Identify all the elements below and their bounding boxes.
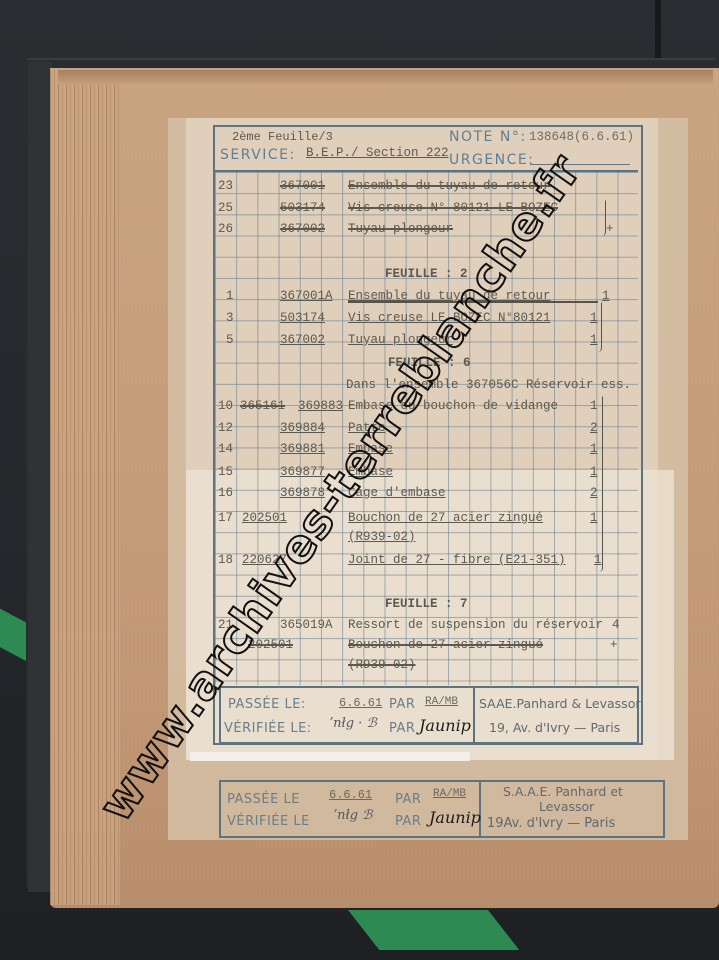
table-row-continued: (R939-02) xyxy=(218,658,638,678)
quantity: + xyxy=(606,222,614,236)
designation: Bouchon de 27 acier zingué xyxy=(348,511,543,525)
note-number: 138648(6.6.61) xyxy=(529,130,634,144)
verifiee-initials: ʼnłg · ℬ xyxy=(329,716,377,731)
verifiee-initials: ʼnłg ℬ xyxy=(333,808,372,823)
company-address: 19Av. d'Ivry — Paris xyxy=(487,816,615,831)
bracket xyxy=(597,396,603,572)
bracket xyxy=(596,302,602,352)
page-top-edge xyxy=(58,70,713,84)
part-ref: 367001A xyxy=(280,289,333,303)
table-row: 26 367002 Tuyau plongeur + xyxy=(218,222,638,242)
item-number: 26 xyxy=(218,222,233,236)
item-number: 1 xyxy=(226,289,234,303)
company-name: SAAE.Panhard & Levassor xyxy=(479,696,640,711)
par2-label: PAR xyxy=(389,721,415,736)
item-number: 5 xyxy=(226,333,234,347)
quantity: 4 xyxy=(612,618,620,632)
sheet-label: 2ème Feuille/3 xyxy=(232,130,333,144)
par-value: RA/MB xyxy=(433,788,466,800)
item-number: 14 xyxy=(218,442,233,456)
part-ref: 369884 xyxy=(280,421,325,435)
item-number: 12 xyxy=(218,421,233,435)
part-ref: 367001 xyxy=(280,179,325,193)
par-label: PAR xyxy=(395,792,421,807)
binder-seam xyxy=(655,0,661,64)
paper-strip xyxy=(190,752,470,761)
part-ref: 365019A xyxy=(280,618,333,632)
service-label: SERVICE: xyxy=(220,147,296,163)
table-row: 1 367001A Ensemble du tuyau de retour 1 xyxy=(218,289,638,309)
item-number: 25 xyxy=(218,201,233,215)
part-ref: 367002 xyxy=(280,333,325,347)
part-ref: 369883 xyxy=(298,399,343,413)
table-row: 21 365019A Ressort de suspension du rése… xyxy=(218,618,638,638)
table-row: 16 369878 Cage d'embase 2 xyxy=(218,486,638,506)
company-name: S.A.A.E. Panhard et xyxy=(503,784,623,799)
part-ref: 367002 xyxy=(280,222,325,236)
item-number: 23 xyxy=(218,179,233,193)
par-label: PAR xyxy=(389,697,415,712)
part-ref: 202501 xyxy=(242,511,287,525)
company-name-cont: Levassor xyxy=(539,799,594,814)
part-ref: 503174 xyxy=(280,201,325,215)
verifiee-label: VÉRIFIÉE LE: xyxy=(224,721,312,736)
section-title: FEUILLE : 7 xyxy=(385,597,468,611)
signature: Jaunip xyxy=(419,716,471,735)
item-number: 10 xyxy=(218,399,233,413)
table-row: 25 503174 Vis creuse N° 80121 LE BOZEC xyxy=(218,201,638,221)
table-row: 12 369884 Patte 2 xyxy=(218,421,638,441)
table-row-struck: 202501 Bouchon de 27 acier zingué + xyxy=(218,638,638,658)
company-address: 19, Av. d'Ivry — Paris xyxy=(489,720,620,735)
signature: Jaunip xyxy=(429,808,481,827)
approval-block: PASSÉE LE: 6.6.61 PAR RA/MB VÉRIFIÉE LE:… xyxy=(219,686,639,744)
item-number: 18 xyxy=(218,553,233,567)
urgence-label: URGENCE: xyxy=(449,152,534,168)
service-value: B.E.P./ Section 222 xyxy=(306,146,449,160)
designation: Bouchon de 27 acier zingué xyxy=(348,638,543,652)
table-row: 15 369877 Embase 1 xyxy=(218,465,638,485)
part-ref: 503174 xyxy=(280,311,325,325)
item-number: 17 xyxy=(218,511,233,525)
passee-label: PASSÉE LE xyxy=(227,792,300,807)
book-spine xyxy=(28,62,52,892)
par-value: RA/MB xyxy=(425,696,458,708)
designation: Tuyau plongeur xyxy=(348,222,453,236)
passee-date: 6.6.61 xyxy=(329,788,372,802)
bracket xyxy=(600,200,606,236)
designation-continued: (R939-02) xyxy=(348,530,416,544)
designation-continued: (R939-02) xyxy=(348,658,416,672)
footer-divider xyxy=(473,688,475,742)
table-row: 14 369881 Embase 1 xyxy=(218,442,638,462)
approval-block-lower: PASSÉE LE 6.6.61 PAR RA/MB VÉRIFIÉE LE ʼ… xyxy=(219,780,665,838)
old-part-ref: 365161 xyxy=(240,399,285,413)
passee-date: 6.6.61 xyxy=(339,696,382,710)
item-number: 16 xyxy=(218,486,233,500)
quantity: + xyxy=(610,638,618,652)
verifiee-label: VÉRIFIÉE LE xyxy=(227,814,310,829)
passee-label: PASSÉE LE: xyxy=(228,697,306,712)
quantity: 1 xyxy=(602,289,610,303)
part-ref: 369881 xyxy=(280,442,325,456)
item-number: 15 xyxy=(218,465,233,479)
note-label: NOTE N°: xyxy=(449,129,527,145)
designation: Ressort de suspension du réservoir xyxy=(348,618,603,632)
item-number: 3 xyxy=(226,311,234,325)
designation: Joint de 27 - fibre (E21-351) xyxy=(348,553,566,567)
par2-label: PAR xyxy=(395,814,421,829)
